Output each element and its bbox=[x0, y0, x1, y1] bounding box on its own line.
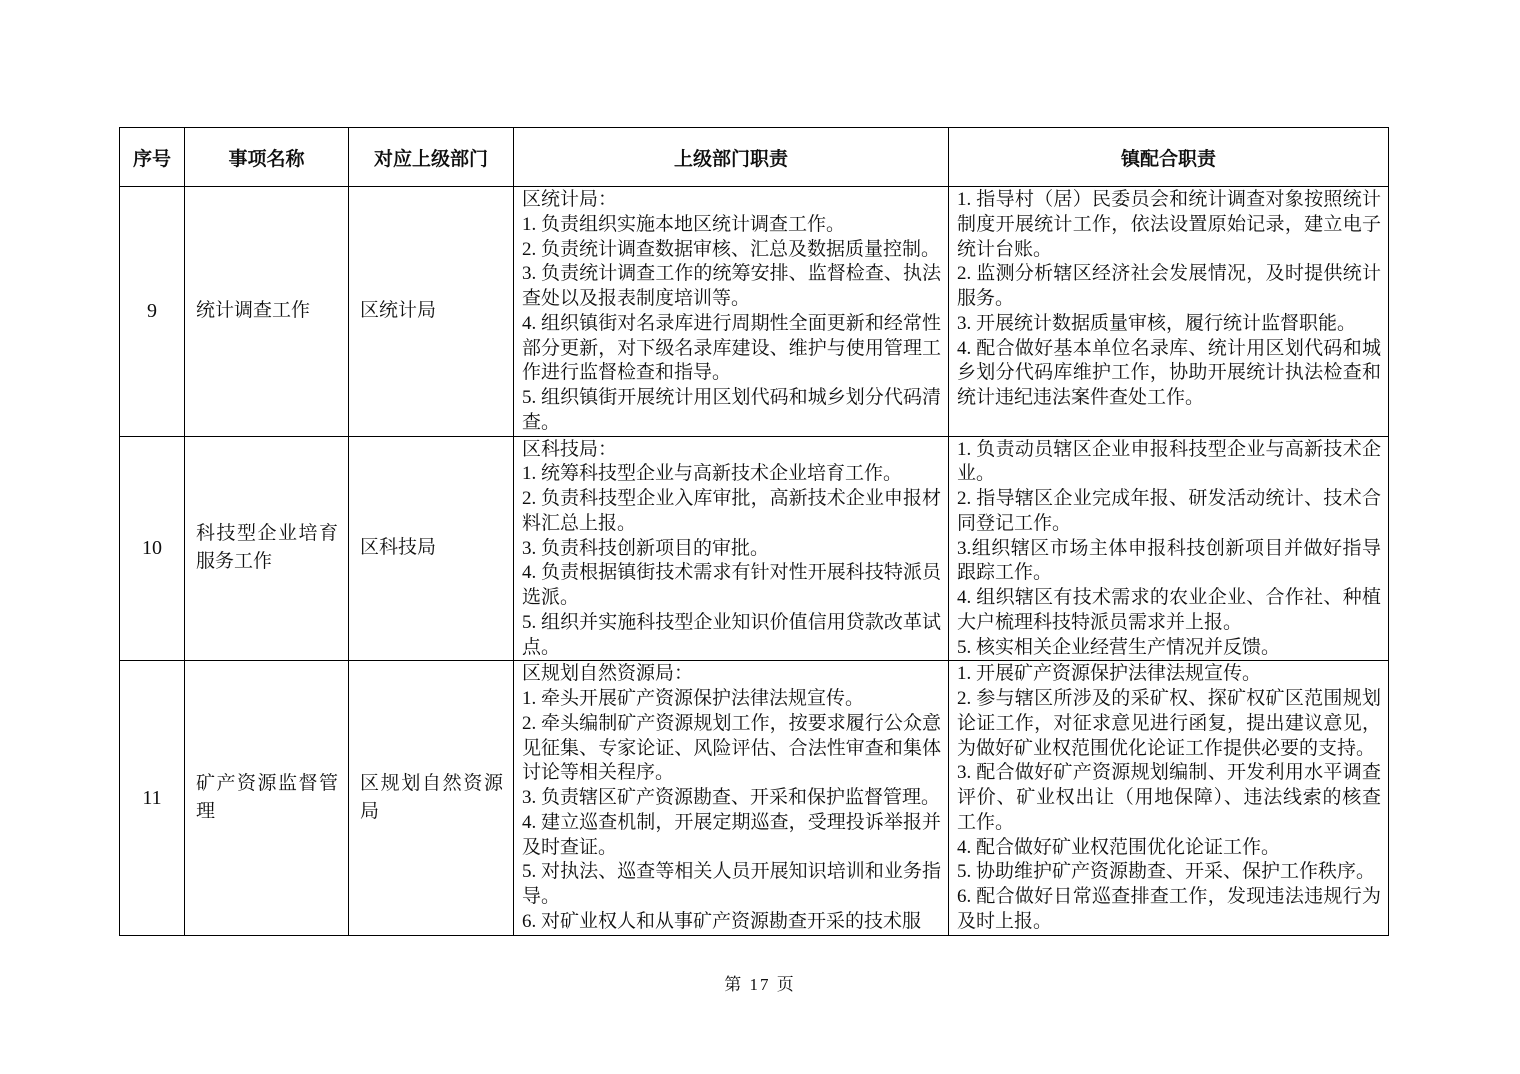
duty-paragraph: 4. 配合做好矿业权范围优化论证工作。 bbox=[957, 836, 1381, 861]
duty-paragraph: 5. 组织镇街开展统计用区划代码和城乡划分代码清查。 bbox=[522, 386, 941, 436]
table-row: 10科技型企业培育服务工作区科技局区科技局：1. 统筹科技型企业与高新技术企业培… bbox=[120, 436, 1389, 661]
duty-paragraph: 4. 组织辖区有技术需求的农业企业、合作社、种植大户梳理科技特派员需求并上报。 bbox=[957, 586, 1381, 636]
duty-paragraph: 1. 负责动员辖区企业申报科技型企业与高新技术企业。 bbox=[957, 438, 1381, 488]
duty-paragraph: 区统计局： bbox=[522, 188, 941, 213]
duty-paragraph: 2. 负责统计调查数据审核、汇总及数据质量控制。 bbox=[522, 238, 941, 263]
upper-department-cell: 区统计局 bbox=[349, 187, 514, 437]
duty-paragraph: 5. 协助维护矿产资源勘查、开采、保护工作秩序。 bbox=[957, 860, 1381, 885]
duty-paragraph: 3. 开展统计数据质量审核，履行统计监督职能。 bbox=[957, 312, 1381, 337]
duty-paragraph: 区规划自然资源局： bbox=[522, 662, 941, 687]
duty-paragraph: 6. 对矿业权人和从事矿产资源勘查开采的技术服 bbox=[522, 910, 941, 935]
duty-paragraph: 6. 配合做好日常巡查排查工作，发现违法违规行为及时上报。 bbox=[957, 885, 1381, 935]
duty-paragraph: 4. 组织镇街对名录库进行周期性全面更新和经常性部分更新，对下级名录库建设、维护… bbox=[522, 312, 941, 386]
header-upper-duties: 上级部门职责 bbox=[514, 128, 949, 187]
document-page: 序号 事项名称 对应上级部门 上级部门职责 镇配合职责 9统计调查工作区统计局区… bbox=[0, 0, 1520, 1074]
header-row: 序号 事项名称 对应上级部门 上级部门职责 镇配合职责 bbox=[120, 128, 1389, 187]
item-name-cell: 科技型企业培育服务工作 bbox=[185, 436, 349, 661]
duty-paragraph: 3. 负责统计调查工作的统筹安排、监督检查、执法查处以及报表制度培训等。 bbox=[522, 262, 941, 312]
upper-duties-cell: 区规划自然资源局：1. 牵头开展矿产资源保护法律法规宣传。2. 牵头编制矿产资源… bbox=[514, 661, 949, 935]
duty-paragraph: 3. 负责辖区矿产资源勘查、开采和保护监督管理。 bbox=[522, 786, 941, 811]
item-name-cell: 统计调查工作 bbox=[185, 187, 349, 437]
table-row: 11矿产资源监督管理区规划自然资源局区规划自然资源局：1. 牵头开展矿产资源保护… bbox=[120, 661, 1389, 935]
upper-duties-cell: 区科技局：1. 统筹科技型企业与高新技术企业培育工作。2. 负责科技型企业入库审… bbox=[514, 436, 949, 661]
serial-number-cell: 9 bbox=[120, 187, 185, 437]
responsibility-table: 序号 事项名称 对应上级部门 上级部门职责 镇配合职责 9统计调查工作区统计局区… bbox=[119, 127, 1389, 936]
table-body: 9统计调查工作区统计局区统计局：1. 负责组织实施本地区统计调查工作。2. 负责… bbox=[120, 187, 1389, 936]
duty-paragraph: 3. 配合做好矿产资源规划编制、开发利用水平调查评价、矿业权出让（用地保障）、违… bbox=[957, 761, 1381, 835]
upper-department-cell: 区科技局 bbox=[349, 436, 514, 661]
duty-paragraph: 4. 配合做好基本单位名录库、统计用区划代码和城乡划分代码库维护工作，协助开展统… bbox=[957, 337, 1381, 411]
duty-paragraph: 1. 负责组织实施本地区统计调查工作。 bbox=[522, 213, 941, 238]
duty-paragraph: 2. 监测分析辖区经济社会发展情况，及时提供统计服务。 bbox=[957, 262, 1381, 312]
upper-duties-cell: 区统计局：1. 负责组织实施本地区统计调查工作。2. 负责统计调查数据审核、汇总… bbox=[514, 187, 949, 437]
duty-paragraph: 5. 组织并实施科技型企业知识价值信用贷款改革试点。 bbox=[522, 611, 941, 661]
duty-paragraph: 4. 负责根据镇街技术需求有针对性开展科技特派员选派。 bbox=[522, 561, 941, 611]
duty-paragraph: 5. 对执法、巡查等相关人员开展知识培训和业务指导。 bbox=[522, 860, 941, 910]
duty-paragraph: 区科技局： bbox=[522, 438, 941, 463]
duty-paragraph: 2. 指导辖区企业完成年报、研发活动统计、技术合同登记工作。 bbox=[957, 487, 1381, 537]
header-upper-department: 对应上级部门 bbox=[349, 128, 514, 187]
duty-paragraph: 4. 建立巡查机制，开展定期巡查，受理投诉举报并及时查证。 bbox=[522, 811, 941, 861]
duty-paragraph: 5. 核实相关企业经营生产情况并反馈。 bbox=[957, 636, 1381, 661]
duty-paragraph: 3. 负责科技创新项目的审批。 bbox=[522, 537, 941, 562]
table-row: 9统计调查工作区统计局区统计局：1. 负责组织实施本地区统计调查工作。2. 负责… bbox=[120, 187, 1389, 437]
duty-paragraph: 2. 参与辖区所涉及的采矿权、探矿权矿区范围规划论证工作，对征求意见进行函复，提… bbox=[957, 687, 1381, 761]
town-duties-cell: 1. 负责动员辖区企业申报科技型企业与高新技术企业。2. 指导辖区企业完成年报、… bbox=[949, 436, 1389, 661]
duty-paragraph: 1. 牵头开展矿产资源保护法律法规宣传。 bbox=[522, 687, 941, 712]
header-town-duties: 镇配合职责 bbox=[949, 128, 1389, 187]
item-name-cell: 矿产资源监督管理 bbox=[185, 661, 349, 935]
serial-number-cell: 11 bbox=[120, 661, 185, 935]
town-duties-cell: 1. 指导村（居）民委员会和统计调查对象按照统计制度开展统计工作，依法设置原始记… bbox=[949, 187, 1389, 437]
duty-paragraph: 3.组织辖区市场主体申报科技创新项目并做好指导跟踪工作。 bbox=[957, 537, 1381, 587]
duty-paragraph: 2. 负责科技型企业入库审批，高新技术企业申报材料汇总上报。 bbox=[522, 487, 941, 537]
duty-paragraph: 1. 指导村（居）民委员会和统计调查对象按照统计制度开展统计工作，依法设置原始记… bbox=[957, 188, 1381, 262]
table-header: 序号 事项名称 对应上级部门 上级部门职责 镇配合职责 bbox=[120, 128, 1389, 187]
header-item-name: 事项名称 bbox=[185, 128, 349, 187]
duty-paragraph: 1. 统筹科技型企业与高新技术企业培育工作。 bbox=[522, 462, 941, 487]
duty-paragraph: 1. 开展矿产资源保护法律法规宣传。 bbox=[957, 662, 1381, 687]
header-serial-number: 序号 bbox=[120, 128, 185, 187]
upper-department-cell: 区规划自然资源局 bbox=[349, 661, 514, 935]
serial-number-cell: 10 bbox=[120, 436, 185, 661]
page-number: 第 17 页 bbox=[0, 970, 1520, 995]
town-duties-cell: 1. 开展矿产资源保护法律法规宣传。2. 参与辖区所涉及的采矿权、探矿权矿区范围… bbox=[949, 661, 1389, 935]
duty-paragraph: 2. 牵头编制矿产资源规划工作，按要求履行公众意见征集、专家论证、风险评估、合法… bbox=[522, 712, 941, 786]
